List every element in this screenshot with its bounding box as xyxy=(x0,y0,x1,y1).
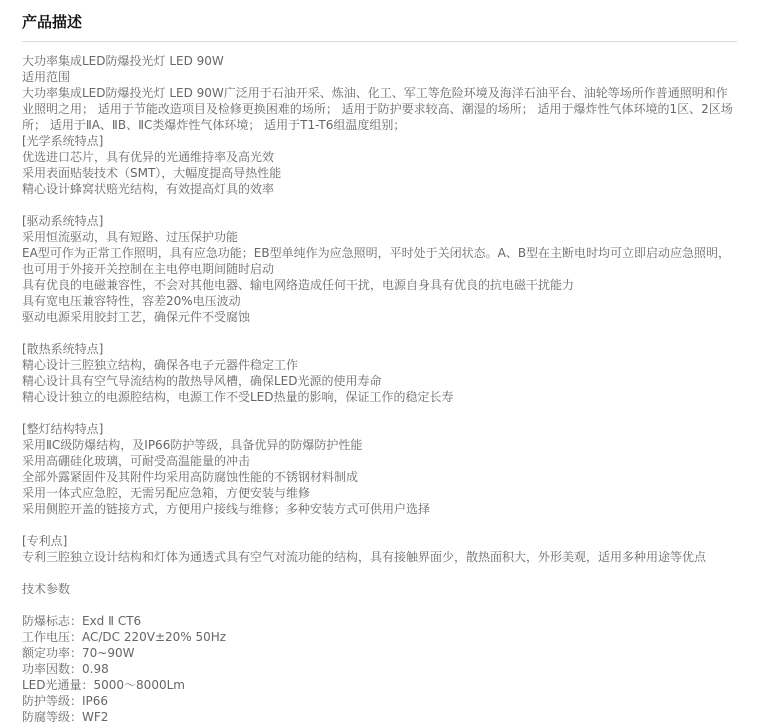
section-tech-specs: 防爆标志：Exd Ⅱ CT6 工作电压：AC/DC 220V±20% 50Hz … xyxy=(22,613,737,725)
structure-features-heading: [整灯结构特点] xyxy=(22,421,737,437)
section-patent: [专利点] 专利三腔独立设计结构和灯体为通透式具有空气对流功能的结构，具有接触界… xyxy=(22,533,737,565)
text-line: 采用恒流驱动，具有短路、过压保护功能 xyxy=(22,229,737,245)
spec-protection-grade: 防护等级：IP66 xyxy=(22,693,737,709)
tech-params-heading: 技术参数 xyxy=(22,581,737,597)
spec-power-factor: 功率因数：0.98 xyxy=(22,661,737,677)
section-cooling-system: [散热系统特点] 精心设计三腔独立结构，确保各电子元器件稳定工作 精心设计具有空… xyxy=(22,341,737,405)
product-description-page: 产品描述 大功率集成LED防爆投光灯 LED 90W 适用范围 大功率集成LED… xyxy=(0,0,761,726)
text-line: 采用ⅡC级防爆结构，及IP66防护等级，具备优异的防爆防护性能 xyxy=(22,437,737,453)
section-lamp-structure: [整灯结构特点] 采用ⅡC级防爆结构，及IP66防护等级，具备优异的防爆防护性能… xyxy=(22,421,737,517)
text-line: 具有优良的电磁兼容性，不会对其他电器、输电网络造成任何干扰，电源自身具有优良的抗… xyxy=(22,277,737,293)
section-tech-params-heading: 技术参数 xyxy=(22,581,737,597)
optical-features-heading: [光学系统特点] xyxy=(22,133,737,149)
heading-divider xyxy=(22,41,737,42)
text-line: EA型可作为正常工作照明，具有应急功能；EB型单纯作为应急照明，平时处于关闭状态… xyxy=(22,245,737,277)
patent-heading: [专利点] xyxy=(22,533,737,549)
text-line: 优选进口芯片，具有优异的光通维持率及高光效 xyxy=(22,149,737,165)
section-intro-and-optical: 大功率集成LED防爆投光灯 LED 90W 适用范围 大功率集成LED防爆投光灯… xyxy=(22,53,737,197)
spec-working-voltage: 工作电压：AC/DC 220V±20% 50Hz xyxy=(22,629,737,645)
spec-explosion-proof-mark: 防爆标志：Exd Ⅱ CT6 xyxy=(22,613,737,629)
text-line: 全部外露紧固件及其附件均采用高防腐蚀性能的不锈钢材料制成 xyxy=(22,469,737,485)
product-name-line: 大功率集成LED防爆投光灯 LED 90W xyxy=(22,53,737,69)
text-line: 精心设计蜂窝状赔光结构，有效提高灯具的效率 xyxy=(22,181,737,197)
spec-luminous-flux: LED光通量：5000～8000Lm xyxy=(22,677,737,693)
spec-anticorrosion-grade: 防腐等级：WF2 xyxy=(22,709,737,725)
text-line: 具有宽电压兼容特性，容差20%电压波动 xyxy=(22,293,737,309)
text-line: 采用高硼硅化玻璃，可耐受高温能量的冲击 xyxy=(22,453,737,469)
text-line: 精心设计三腔独立结构，确保各电子元器件稳定工作 xyxy=(22,357,737,373)
section-drive-system: [驱动系统特点] 采用恒流驱动，具有短路、过压保护功能 EA型可作为正常工作照明… xyxy=(22,213,737,325)
text-line: 驱动电源采用胶封工艺，确保元件不受腐蚀 xyxy=(22,309,737,325)
drive-features-heading: [驱动系统特点] xyxy=(22,213,737,229)
scope-paragraph: 大功率集成LED防爆投光灯 LED 90W广泛用于石油开采、炼油、化工、军工等危… xyxy=(22,85,737,133)
scope-heading-line: 适用范围 xyxy=(22,69,737,85)
text-line: 专利三腔独立设计结构和灯体为通透式具有空气对流功能的结构，具有接触界面少，散热面… xyxy=(22,549,737,565)
text-line: 精心设计具有空气导流结构的散热导风槽，确保LED光源的使用寿命 xyxy=(22,373,737,389)
spec-rated-power: 额定功率：70~90W xyxy=(22,645,737,661)
page-title: 产品描述 xyxy=(22,13,737,31)
cooling-features-heading: [散热系统特点] xyxy=(22,341,737,357)
text-line: 采用侧腔开盖的链接方式，方便用户接线与维修；多种安装方式可供用户选择 xyxy=(22,501,737,517)
text-line: 采用表面贴装技术（SMT），大幅度提高导热性能 xyxy=(22,165,737,181)
text-line: 精心设计独立的电源腔结构，电源工作不受LED热量的影响，保证工作的稳定长寿 xyxy=(22,389,737,405)
text-line: 采用一体式应急腔，无需另配应急箱，方便安装与维修 xyxy=(22,485,737,501)
